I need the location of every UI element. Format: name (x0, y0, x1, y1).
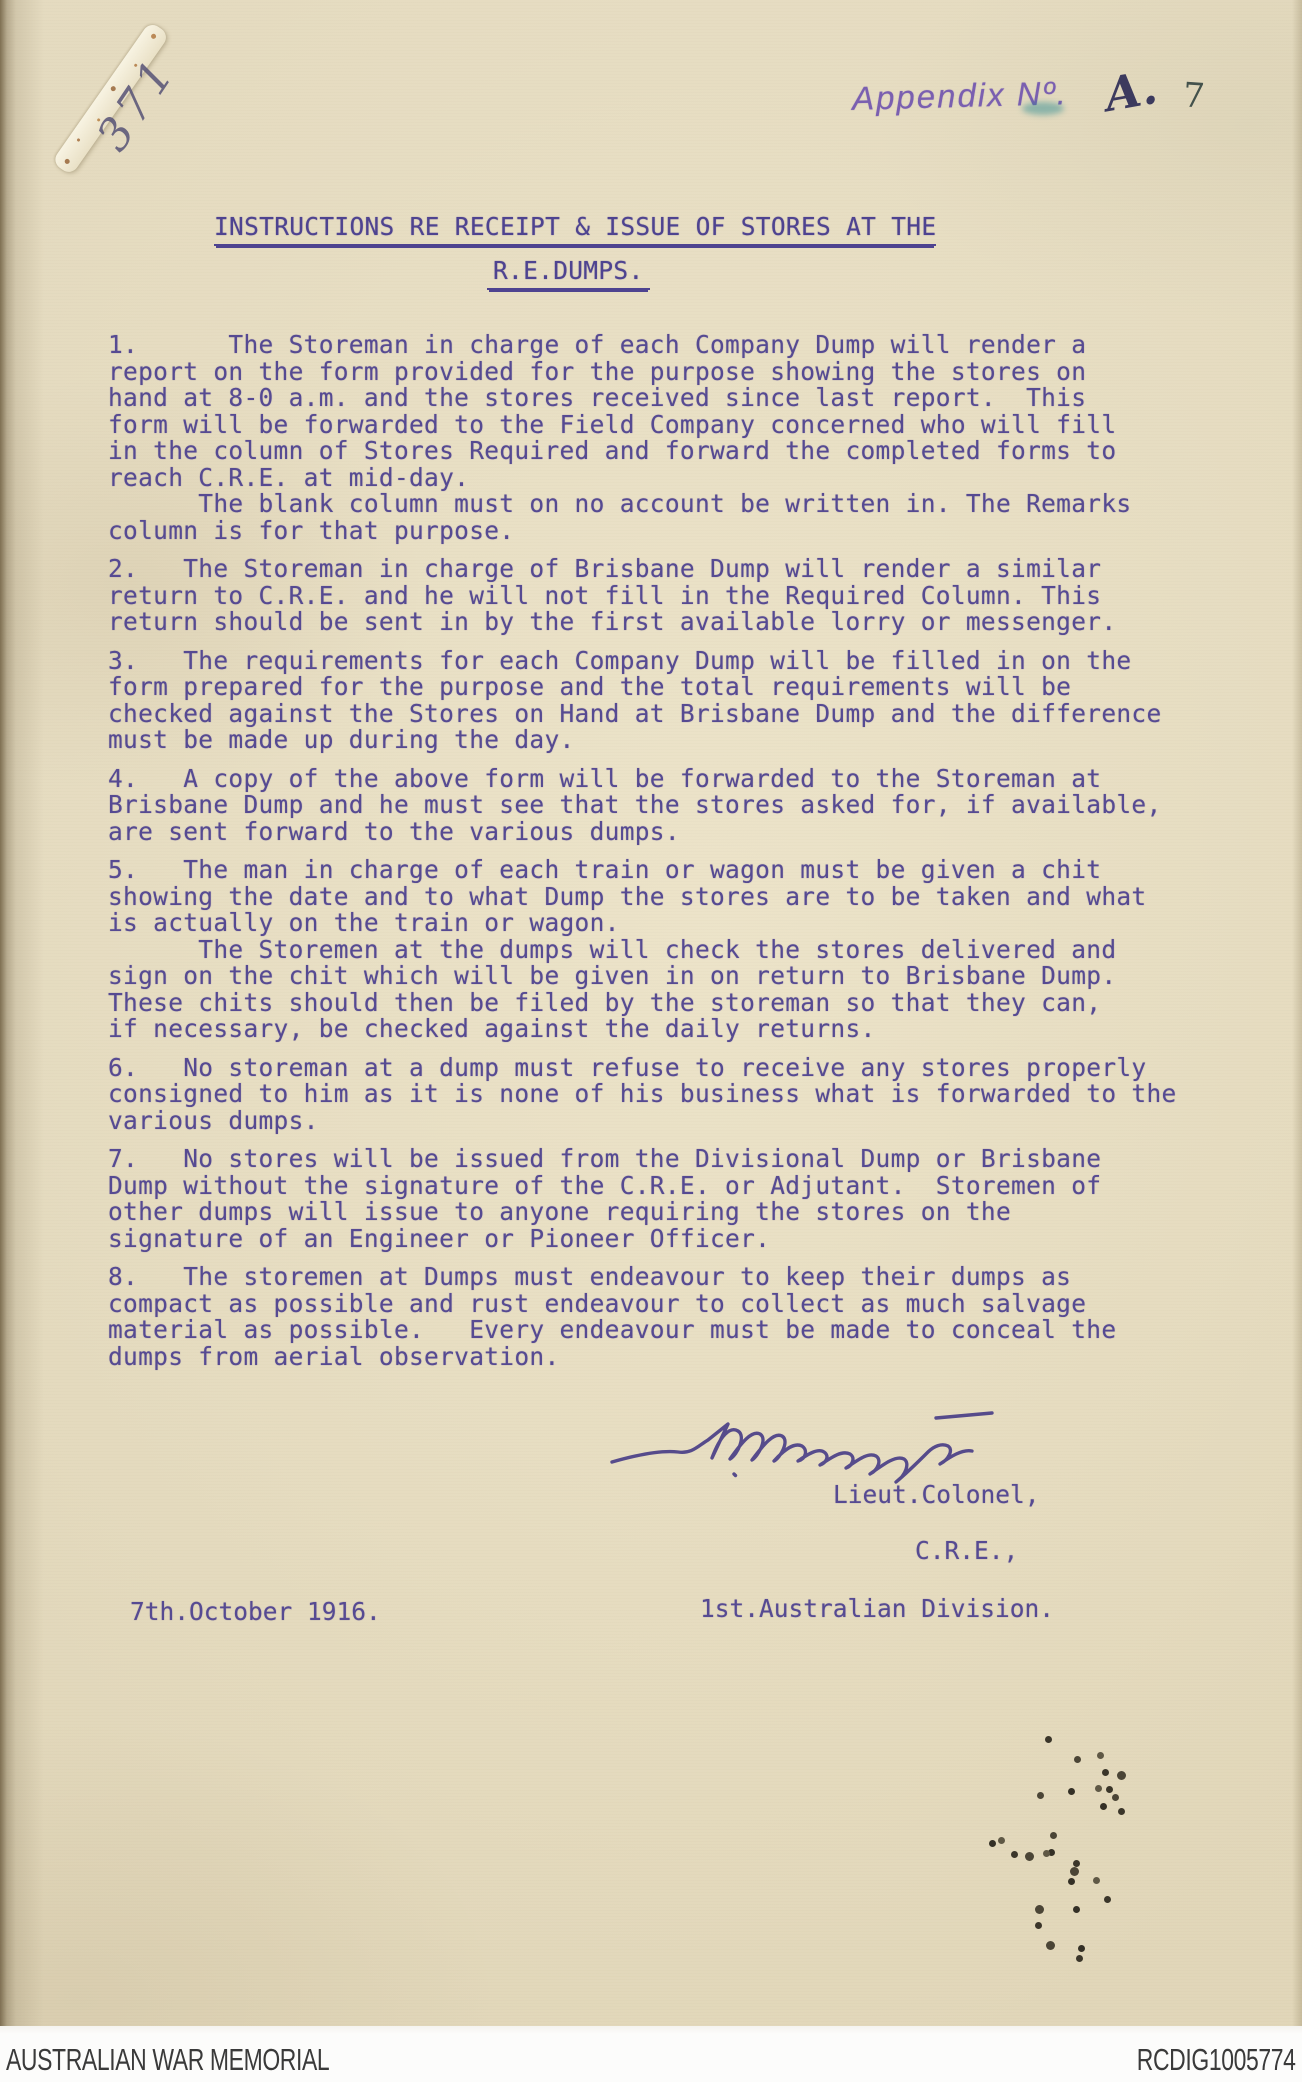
signature-scrawl (606, 1398, 1006, 1493)
document-date: 7th.October 1916. (130, 1597, 381, 1626)
footer-record-id: RCDIG1005774 (1137, 2042, 1296, 2078)
ink-speckles (0, 0, 5, 5)
paragraph-7: 7. No stores will be issued from the Div… (108, 1146, 1218, 1252)
scan-edge-right (1292, 0, 1302, 2026)
footer-archive-name: AUSTRALIAN WAR MEMORIAL (6, 2042, 329, 2078)
paragraph-5: 5. The man in charge of each train or wa… (108, 857, 1218, 1043)
paragraph-1: 1. The Storeman in charge of each Compan… (108, 332, 1218, 544)
paragraph-8: 8. The storemen at Dumps must endeavour … (108, 1264, 1218, 1370)
paragraph-4: 4. A copy of the above form will be forw… (108, 766, 1218, 846)
appendix-handwritten-letter: A. (1101, 60, 1161, 122)
signature-office: C.R.E., (915, 1536, 1018, 1565)
document-body: 1. The Storeman in charge of each Compan… (108, 332, 1218, 1382)
paragraph-6: 6. No storeman at a dump must refuse to … (108, 1055, 1218, 1135)
appendix-handwritten-number: 7 (1181, 75, 1205, 116)
signature-unit: 1st.Australian Division. (700, 1594, 1054, 1623)
signature-rank: Lieut.Colonel, (833, 1480, 1040, 1509)
document-scan: 371 Appendix Nº. A. 7 INSTRUCTIONS RE RE… (0, 0, 1302, 2082)
footer-bar: AUSTRALIAN WAR MEMORIAL RCDIG1005774 (0, 2026, 1302, 2082)
title-line-1: INSTRUCTIONS RE RECEIPT & ISSUE OF STORE… (214, 212, 936, 246)
scan-edge-left (0, 0, 46, 2026)
ink-smudge (1022, 102, 1064, 115)
title-line-2: R.E.DUMPS. (487, 256, 650, 290)
paragraph-2: 2. The Storeman in charge of Brisbane Du… (108, 556, 1218, 636)
paragraph-3: 3. The requirements for each Company Dum… (108, 648, 1218, 754)
